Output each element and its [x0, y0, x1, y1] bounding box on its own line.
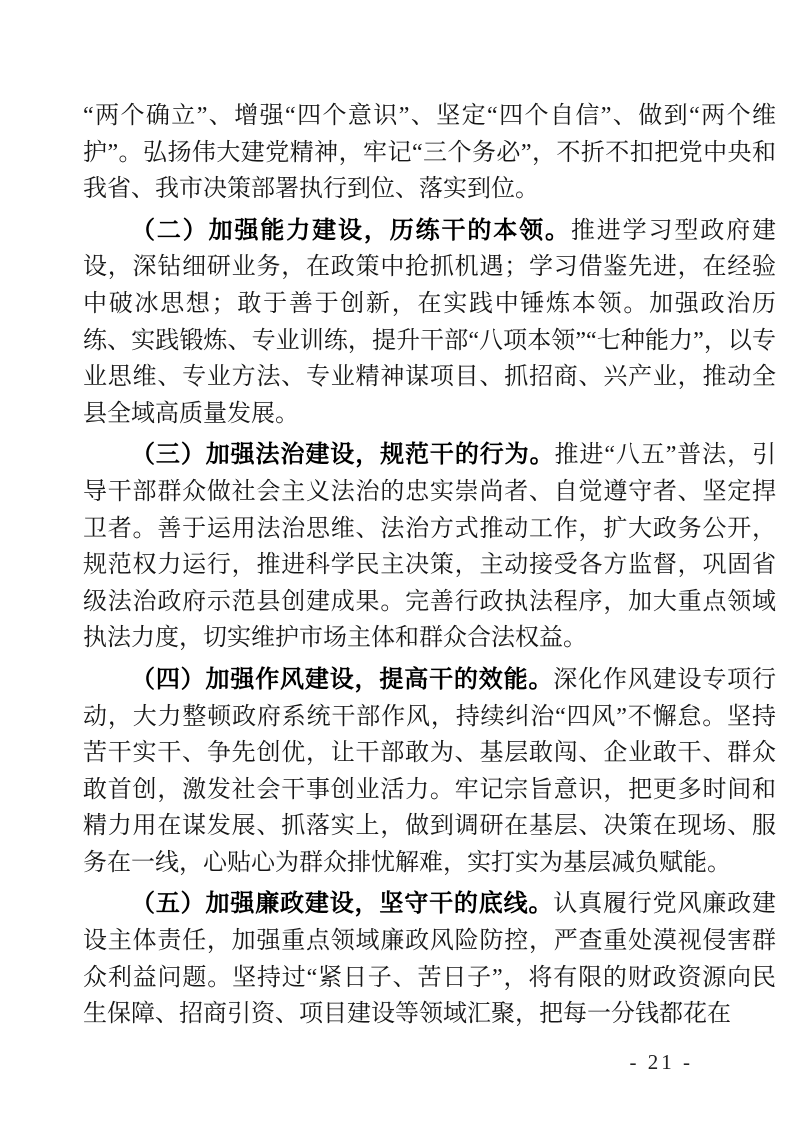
page-number: - 21 - — [630, 1050, 694, 1075]
section-body-3: 推进“八五”普法，引导干部群众做社会主义法治的忠实崇尚者、自觉遵守者、坚定捍卫者… — [83, 442, 776, 651]
document-text-block: “两个确立”、增强“四个意识”、坚定“四个自信”、做到“两个维护”。弘扬伟大建党… — [83, 98, 776, 1033]
section-paragraph-5: （五）加强廉政建设，坚守干的底线。认真履行党风廉政建设主体责任，加强重点领域廉政… — [83, 886, 776, 1032]
section-paragraph-4: （四）加强作风建设，提高干的效能。深化作风建设专项行动，大力整顿政府系统干部作风… — [83, 662, 776, 882]
section-heading-5: （五）加强廉政建设，坚守干的底线。 — [131, 890, 553, 917]
section-paragraph-3: （三）加强法治建设，规范干的行为。推进“八五”普法，引导干部群众做社会主义法治的… — [83, 437, 776, 657]
section-heading-3: （三）加强法治建设，规范干的行为。 — [131, 441, 555, 468]
section-heading-4: （四）加强作风建设，提高干的效能。 — [131, 666, 553, 693]
section-body-2: 推进学习型政府建设，深钻细研业务，在政策中抢抓机遇；学习借鉴先进，在经验中破冰思… — [83, 218, 776, 427]
section-heading-2: （二）加强能力建设，历练干的本领。 — [131, 217, 571, 244]
section-paragraph-2: （二）加强能力建设，历练干的本领。推进学习型政府建设，深钻细研业务，在政策中抢抓… — [83, 213, 776, 433]
document-page: “两个确立”、增强“四个意识”、坚定“四个自信”、做到“两个维护”。弘扬伟大建党… — [0, 0, 793, 1122]
paragraph-continuation: “两个确立”、增强“四个意识”、坚定“四个自信”、做到“两个维护”。弘扬伟大建党… — [83, 98, 776, 208]
section-body-4: 深化作风建设专项行动，大力整顿政府系统干部作风，持续纠治“四风”不懈怠。坚持苦干… — [83, 667, 776, 876]
